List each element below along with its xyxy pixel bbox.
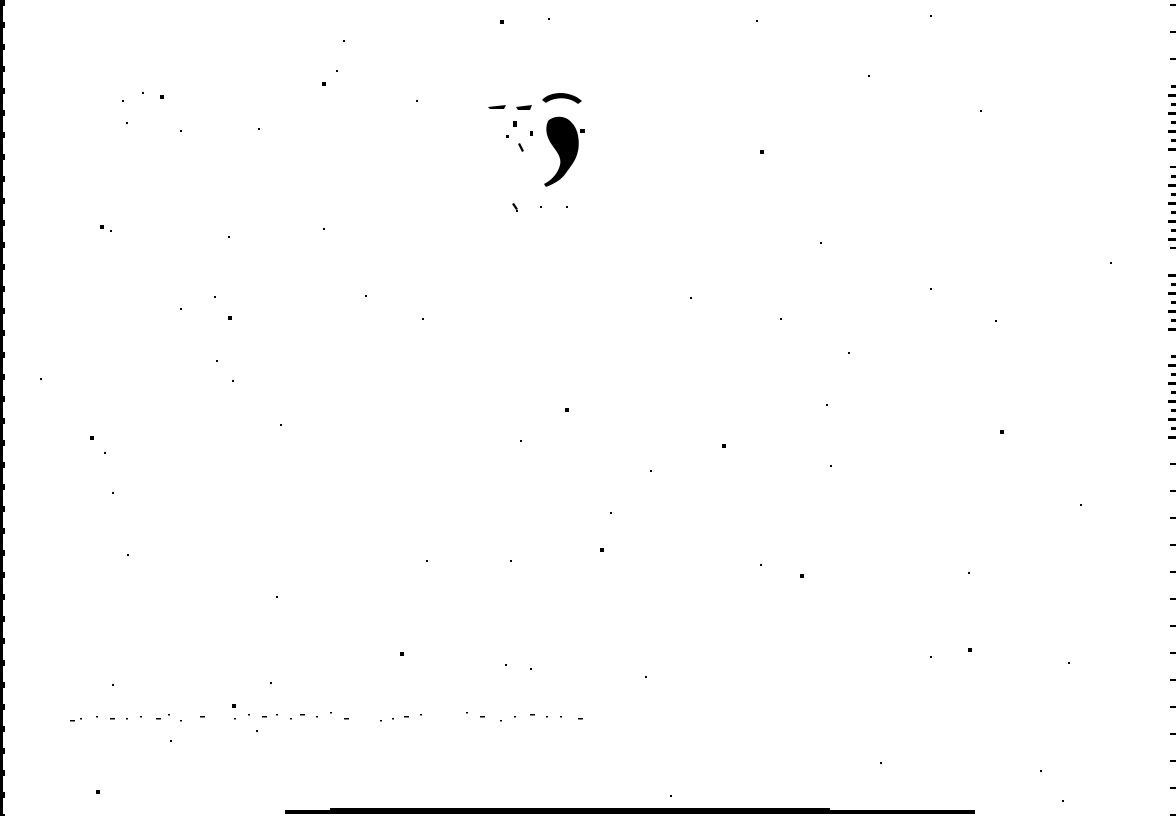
illegible-handwritten-caption: [0, 0, 1, 1]
scan-noise-specks: [0, 0, 1176, 816]
scanned-page: [0, 0, 1176, 816]
